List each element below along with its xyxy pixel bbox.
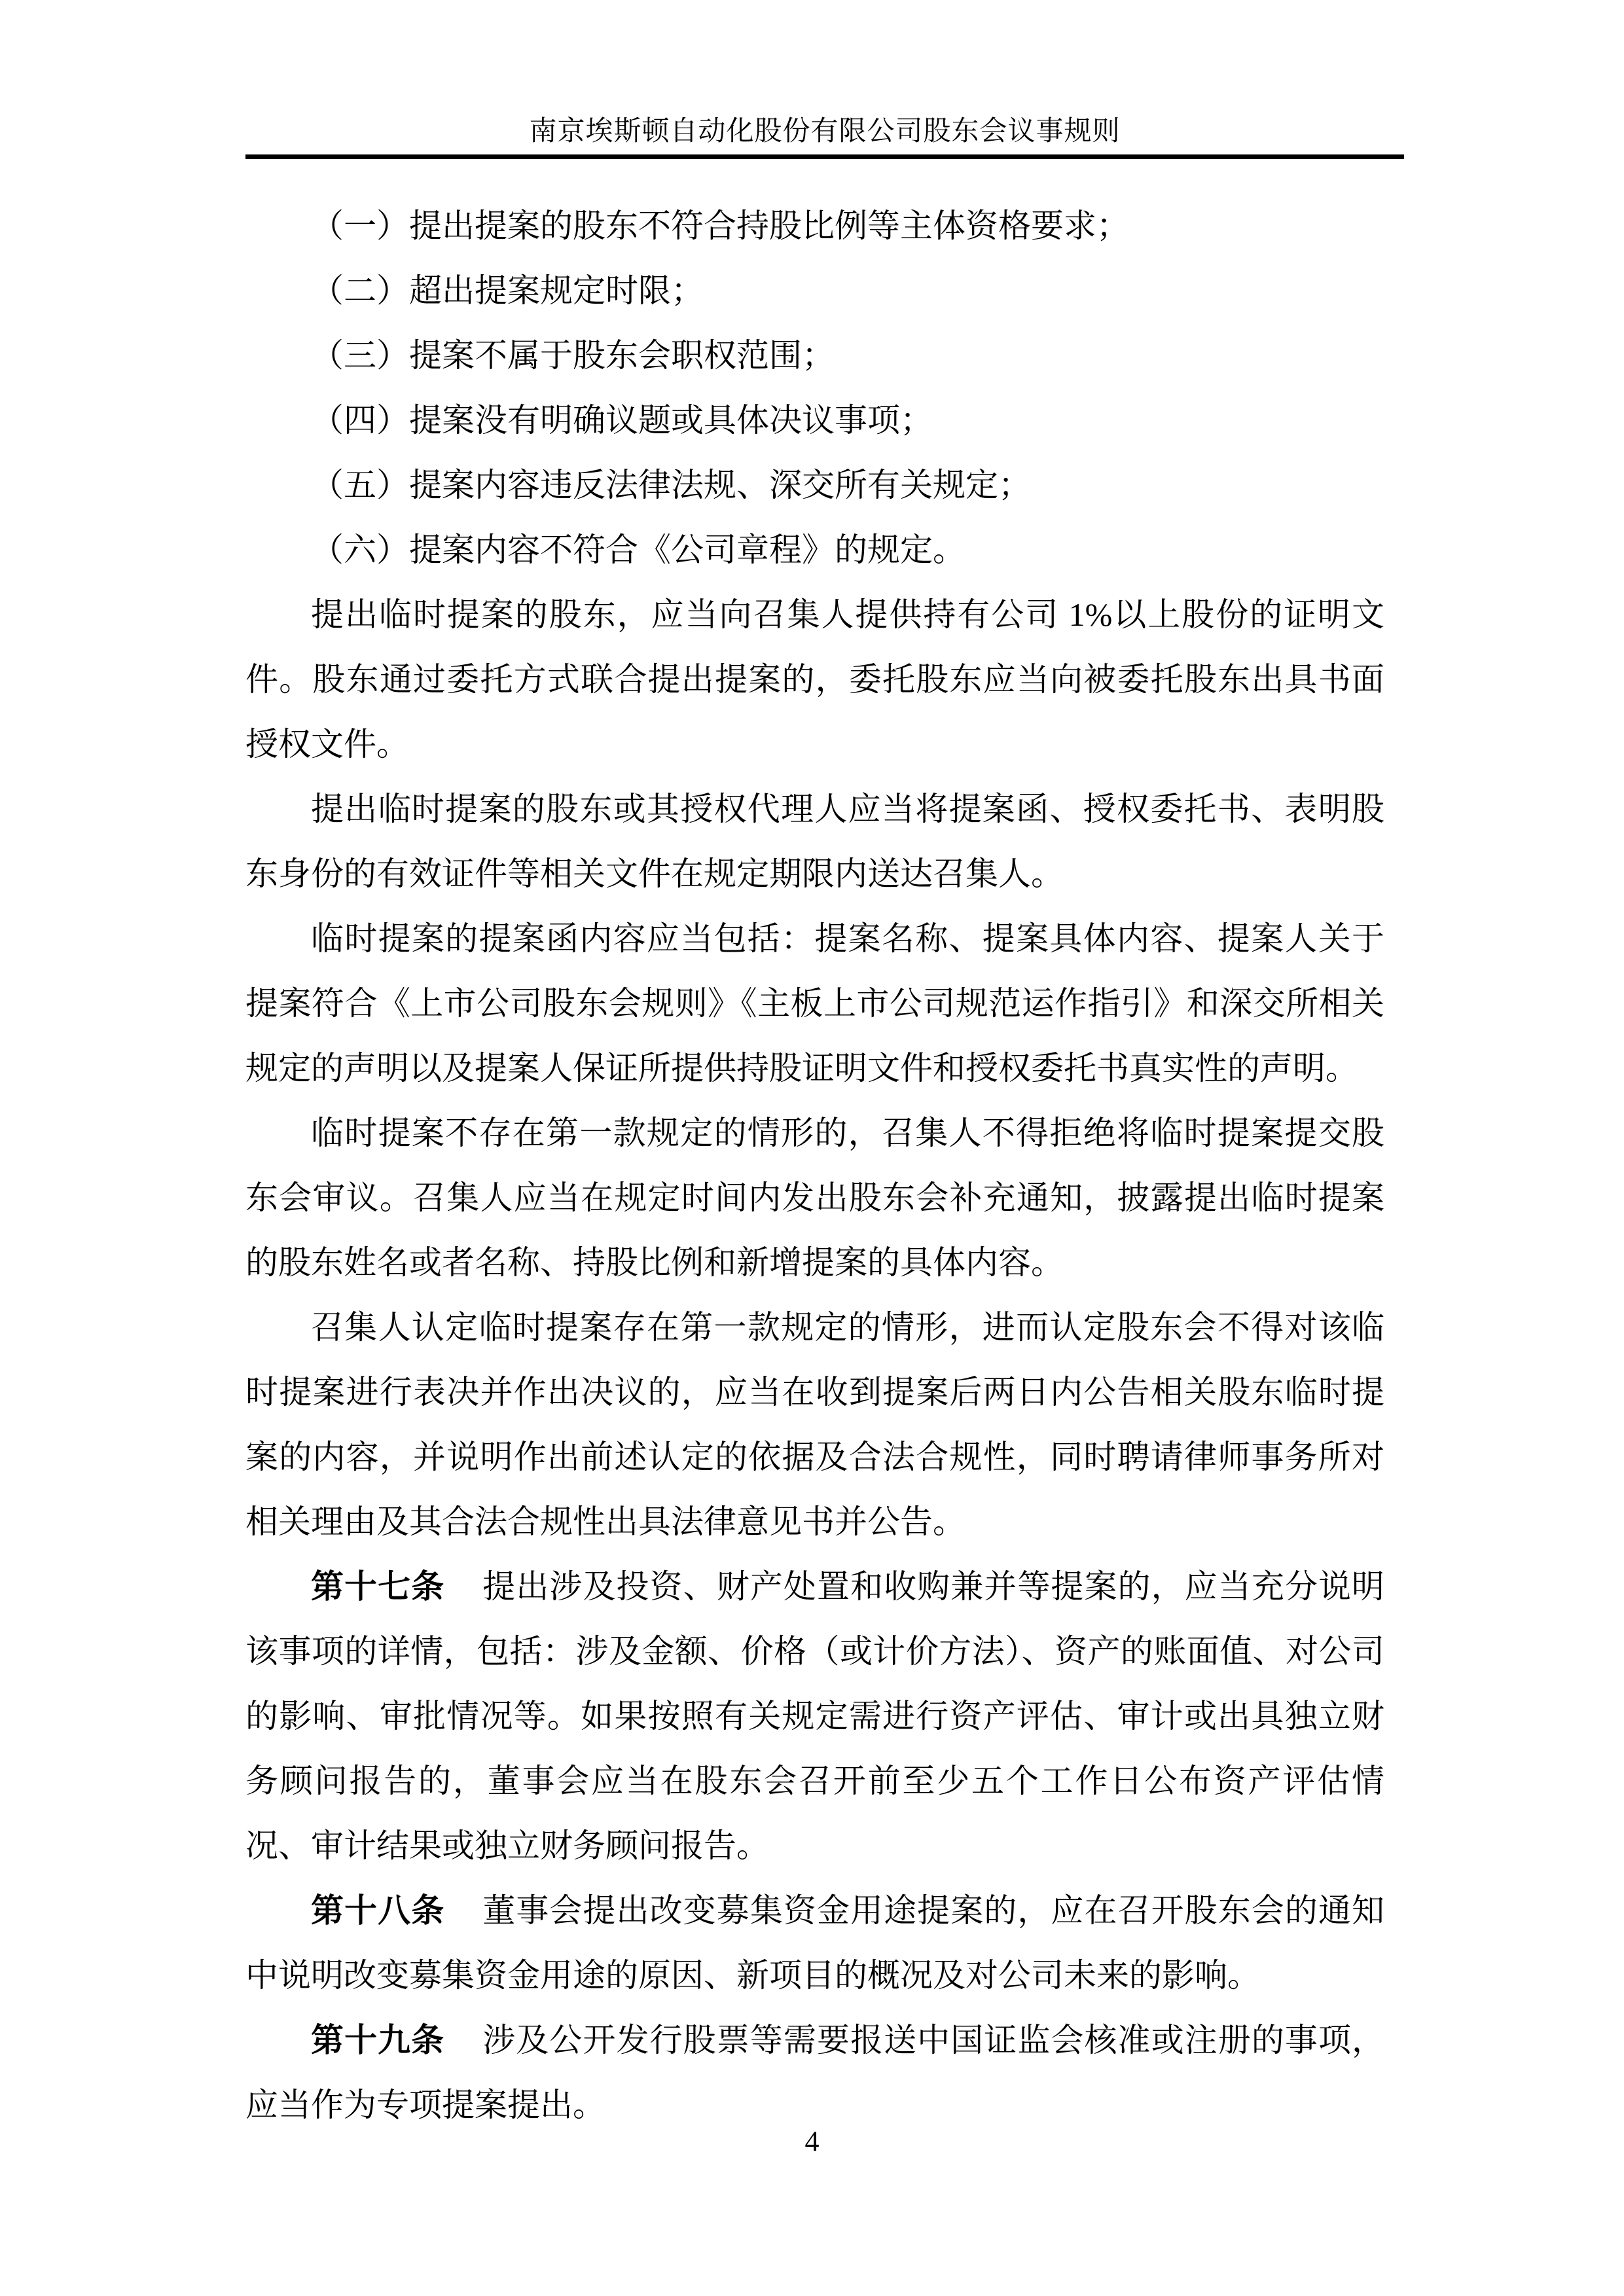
article-paragraph: 第十七条提出涉及投资、财产处置和收购兼并等提案的，应当充分说明该事项的详情，包括… bbox=[245, 1554, 1384, 1878]
list-item: （一）提出提案的股东不符合持股比例等主体资格要求； bbox=[245, 194, 1384, 259]
article-text: 提出涉及投资、财产处置和收购兼并等提案的，应当充分说明该事项的详情，包括：涉及金… bbox=[245, 1568, 1384, 1864]
article-paragraph: 第十八条董事会提出改变募集资金用途提案的，应在召开股东会的通知中说明改变募集资金… bbox=[245, 1878, 1384, 2008]
article-paragraph: 第十九条涉及公开发行股票等需要报送中国证监会核准或注册的事项，应当作为专项提案提… bbox=[245, 2008, 1384, 2138]
paragraph: 召集人认定临时提案存在第一款规定的情形，进而认定股东会不得对该临时提案进行表决并… bbox=[245, 1295, 1384, 1554]
article-number: 第十八条 bbox=[311, 1892, 444, 1929]
header-rule bbox=[245, 154, 1404, 159]
paragraph: 提出临时提案的股东，应当向召集人提供持有公司 1%以上股份的证明文件。股东通过委… bbox=[245, 583, 1384, 777]
list-item: （五）提案内容违反法律法规、深交所有关规定； bbox=[245, 453, 1384, 518]
page-header: 南京埃斯顿自动化股份有限公司股东会议事规则 bbox=[245, 0, 1404, 159]
page-number: 4 bbox=[805, 2125, 820, 2157]
header-title: 南京埃斯顿自动化股份有限公司股东会议事规则 bbox=[245, 117, 1404, 147]
list-item: （三）提案不属于股东会职权范围； bbox=[245, 323, 1384, 388]
document-body: （一）提出提案的股东不符合持股比例等主体资格要求； （二）超出提案规定时限； （… bbox=[245, 194, 1384, 2138]
list-item: （六）提案内容不符合《公司章程》的规定。 bbox=[245, 518, 1384, 583]
article-number: 第十九条 bbox=[311, 2022, 444, 2058]
page-footer: 4 bbox=[0, 2126, 1624, 2157]
list-item: （二）超出提案规定时限； bbox=[245, 259, 1384, 323]
paragraph: 临时提案不存在第一款规定的情形的，召集人不得拒绝将临时提案提交股东会审议。召集人… bbox=[245, 1101, 1384, 1295]
list-item: （四）提案没有明确议题或具体决议事项； bbox=[245, 388, 1384, 453]
document-page: 南京埃斯顿自动化股份有限公司股东会议事规则 （一）提出提案的股东不符合持股比例等… bbox=[0, 0, 1624, 2296]
paragraph: 临时提案的提案函内容应当包括：提案名称、提案具体内容、提案人关于提案符合《上市公… bbox=[245, 906, 1384, 1101]
article-number: 第十七条 bbox=[311, 1568, 444, 1605]
paragraph: 提出临时提案的股东或其授权代理人应当将提案函、授权委托书、表明股东身份的有效证件… bbox=[245, 777, 1384, 906]
